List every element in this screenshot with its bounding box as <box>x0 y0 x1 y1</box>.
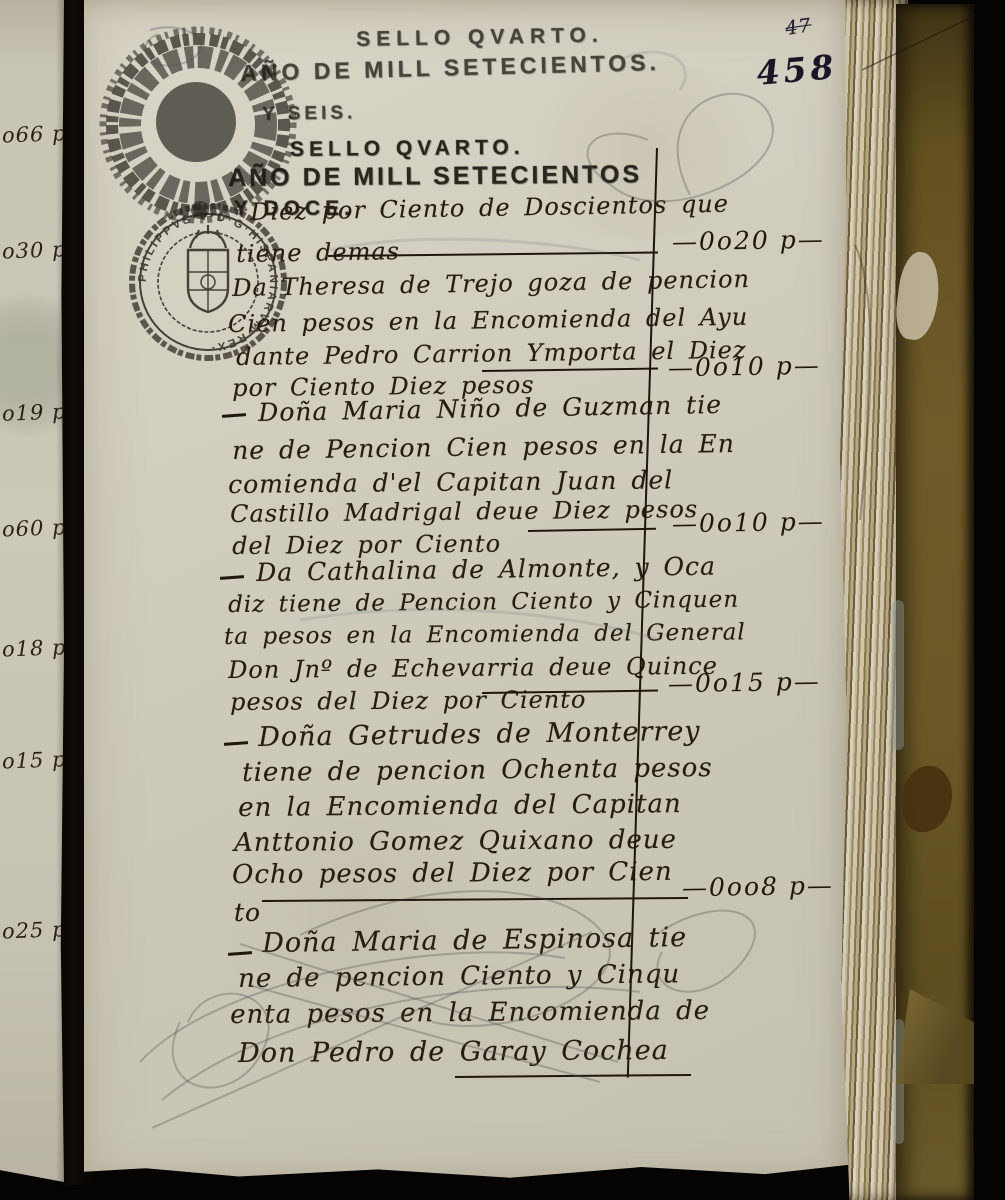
entry-line: Castillo Madrigal deue Diez pesos <box>230 495 698 528</box>
entry-line: ne de pencion Ciento y Cinqu <box>238 959 680 994</box>
margin-amount: —0o10 p— <box>672 507 825 539</box>
margin-amount: —0o15 p— <box>668 667 821 699</box>
previous-page-edge: o66 p— o30 p— o19 p 18 o60 p— o18 p— o15… <box>0 0 64 1182</box>
paper-scrap <box>893 250 943 342</box>
page-number: 458 <box>755 47 839 93</box>
stamp-1712-line2: AÑO DE MILL SETECIENTOS <box>228 160 642 193</box>
entry-line: Don Pedro de Garay Cochea <box>238 1035 669 1069</box>
stamp-1712-line1: SELLO QVARTO. <box>290 136 525 162</box>
manuscript-scan: o66 p— o30 p— o19 p 18 o60 p— o18 p— o15… <box>0 0 1005 1200</box>
entry-line: diz tiene de Pencion Ciento y Cinquen <box>228 587 739 618</box>
entry-line: pesos del Diez por Ciento <box>230 686 586 716</box>
cover-corner-fold <box>896 989 974 1084</box>
entry-line: Ocho pesos del Diez por Cien <box>232 857 673 890</box>
entry-line: Doña Getrudes de Monterrey <box>258 716 701 753</box>
entry-line: Doña Maria de Espinosa tie <box>262 922 687 959</box>
margin-amount: —0oo8 p— <box>682 871 834 903</box>
stamp-1706-line1: SELLO QVARTO. <box>356 24 604 52</box>
margin-amount: —0o10 p— <box>668 351 821 383</box>
page-sliver <box>892 600 904 750</box>
entry-line: ta pesos en la Encomienda del General <box>224 619 746 650</box>
entry-line: to <box>234 898 261 927</box>
entry-line: tiene de pencion Ochenta pesos <box>242 753 713 788</box>
entry-line: Don Jnº de Echevarria deue Quince <box>228 652 718 684</box>
entry-line: Anttonio Gomez Quixano deue <box>234 825 677 858</box>
entry-line: comienda d'el Capitan Juan del <box>228 465 673 499</box>
stamp-1706-line3: Y SEIS. <box>262 102 357 126</box>
entry-line: en la Encomienda del Capitan <box>238 789 682 823</box>
cover-dark-patch <box>902 766 952 832</box>
entry-line: tiene demas <box>236 237 400 268</box>
entry-line: enta pesos en la Encomienda de <box>230 996 710 1030</box>
book-cover <box>896 4 974 1200</box>
margin-amount: —0o20 p— <box>672 225 825 257</box>
page-number-crossed-out: 47 <box>784 14 813 39</box>
